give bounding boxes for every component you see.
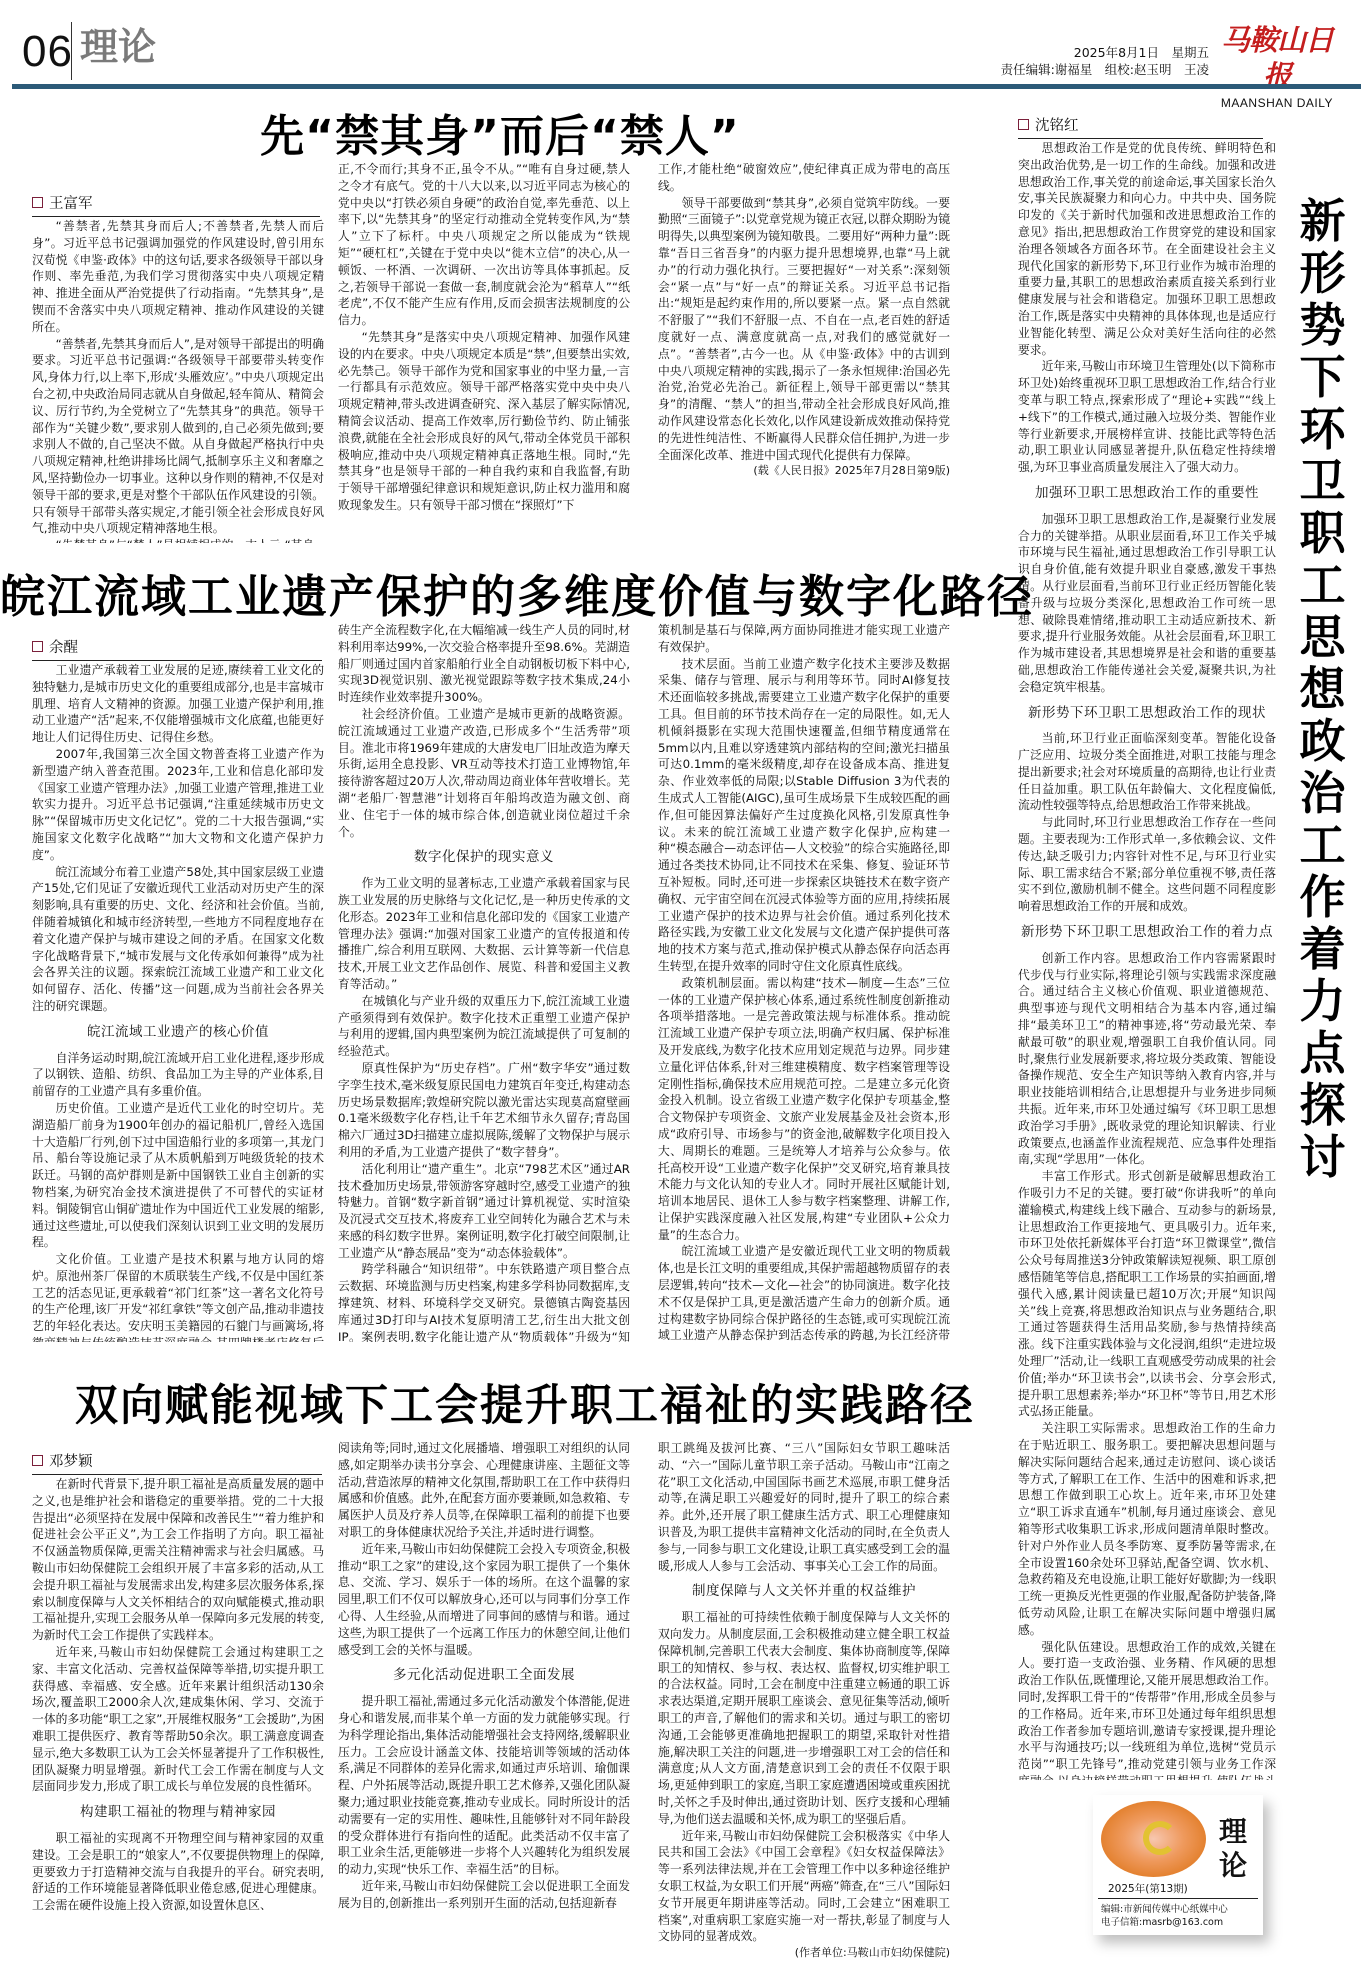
byline-box-icon — [1018, 119, 1029, 130]
subheading: 制度保障与人文关怀并重的权益维护 — [658, 1583, 950, 1600]
paragraph: 近年来,马鞍山市妇幼保健院工会通过构建职工之家、丰富文化活动、完善权益保障等举措… — [32, 1644, 324, 1795]
promo-issue: 2025年(第13期) — [1108, 1881, 1188, 1896]
paragraph: 跨学科融合“知识纽带”。中东铁路遗产项目整合点云数据、环境监测与历史档案,构建多… — [338, 1261, 630, 1342]
article1-column-3: 工作,才能杜绝“破窗效应”,使纪律真正成为带电的高压线。 领导干部要做到“禁其身… — [658, 161, 950, 543]
article3-column-2: 阅读角等;同时,通过文化展播墙、增强职工对组织的认同感,如定期举办读书分享会、心… — [338, 1440, 630, 1963]
article3-byline: 邓梦颖 — [32, 1450, 322, 1475]
paragraph: 历史价值。工业遗产是近代工业化的时空切片。芜湖造船厂前身为1900年创办的福记船… — [32, 1100, 324, 1251]
paragraph: 在城镇化与产业升级的双重压力下,皖江流域工业遗产亟须得到有效保护。数字化技术正重… — [338, 993, 630, 1060]
article1-column-2: 正,不令而行;其身不正,虽令不从。”“唯有自身过硬,禁人之令才有底气。党的十八大… — [338, 161, 630, 543]
article4-column: 思想政治工作是党的优良传统、鲜明特色和突出政治优势,是一切工作的生命线。加强和改… — [1018, 140, 1276, 1780]
paragraph: 近年来,马鞍山市妇幼保健院工会积极落实《中华人民共和国工会法》《中国工会章程》《… — [658, 1828, 950, 1946]
article1-source: (载《人民日报》2025年7月28日第9版) — [658, 463, 950, 480]
paragraph: 皖江流域分布着工业遗产58处,其中国家层级工业遗产15处,它们见证了安徽近现代工… — [32, 864, 324, 1015]
subheading: 加强环卫职工思想政治工作的重要性 — [1018, 485, 1276, 502]
paragraph: 领导干部要做到“禁其身”,必须自觉筑牢防线。一要勤照“三面镜子”:以党章党规为镜… — [658, 195, 950, 464]
editors-line: 责任编辑:谢福星 组校:赵玉明 王凌 — [1001, 61, 1209, 78]
paragraph: 皖江流域工业遗产是安徽近现代工业文明的物质载体,也是长江文明的重要组成,其保护需… — [658, 1243, 950, 1342]
author-name: 余醒 — [49, 636, 78, 657]
byline-box-icon — [32, 641, 43, 652]
article3-affiliation: (作者单位:马鞍山市妇幼保健院) — [658, 1945, 950, 1962]
paragraph: 提升职工福祉,需通过多元化活动激发个体潜能,促进身心和谐发展,而非某个单一方面的… — [338, 1693, 630, 1878]
article2-column-1: 工业遗产承载着工业发展的足迹,赓续着工业文化的独特魅力,是城市历史文化的重要组成… — [32, 662, 324, 1342]
article3-column-3: 职工跳绳及拔河比赛、“三八”国际妇女节职工趣味活动、“六一”国际儿童节职工亲子活… — [658, 1440, 950, 1963]
paragraph: 技术层面。当前工业遗产数字化技术主要涉及数据采集、储存与管理、展示与利用等环节。… — [658, 656, 950, 975]
subheading: 数字化保护的现实意义 — [338, 849, 630, 866]
masthead: 06 理论 2025年8月1日 星期五 责任编辑:谢福星 组校:赵玉明 王凌 马… — [0, 0, 1361, 84]
promo-title: 理论 — [1213, 1815, 1253, 1883]
masthead-divider — [71, 22, 72, 80]
paragraph: 砖生产全流程数字化,在大幅缩减一线生产人员的同时,材料利用率达99%,一次交验合… — [338, 622, 630, 706]
paragraph: “善禁者,先禁其身而后人;不善禁者,先禁人而后身”。习近平总书记强调加强党的作风… — [32, 218, 324, 336]
article2-column-3: 策机制是基石与保障,两方面协同推进才能实现工业遗产有效保护。 技术层面。当前工业… — [658, 622, 950, 1342]
paragraph: 强化队伍建设。思想政治工作的成效,关键在人。要打造一支政治强、业务精、作风硬的思… — [1018, 1639, 1276, 1780]
paragraph: 思想政治工作是党的优良传统、鲜明特色和突出政治优势,是一切工作的生命线。加强和改… — [1018, 140, 1276, 358]
article4-byline: 沈铭红 — [1018, 114, 1263, 139]
issue-meta: 2025年8月1日 星期五 责任编辑:谢福星 组校:赵玉明 王凌 — [1001, 44, 1209, 78]
paragraph: 2007年,我国第三次全国文物普查将工业遗产作为新型遗产纳入普查范围。2023年… — [32, 746, 324, 864]
paragraph: 当前,环卫行业正面临深刻变革。智能化设备广泛应用、垃圾分类全面推进,对职工技能与… — [1018, 730, 1276, 814]
party-emblem-icon — [1101, 1801, 1206, 1877]
subheading: 皖江流域工业遗产的核心价值 — [32, 1024, 324, 1041]
paragraph: 文化价值。工业遗产是技术积累与地方认同的熔炉。原池州茶厂保留的木质联装生产线,不… — [32, 1251, 324, 1342]
byline-box-icon — [32, 1455, 43, 1466]
subheading: 构建职工福祉的物理与精神家园 — [32, 1804, 324, 1821]
article3-title: 双向赋能视域下工会提升职工福祉的实践路径 — [50, 1372, 1000, 1433]
article2-column-2: 砖生产全流程数字化,在大幅缩减一线生产人员的同时,材料利用率达99%,一次交验合… — [338, 622, 630, 1342]
paragraph: 工作,才能杜绝“破窗效应”,使纪律真正成为带电的高压线。 — [658, 161, 950, 195]
hammer-sickle-icon — [1143, 1821, 1177, 1855]
article1-column-1: “善禁者,先禁其身而后人;不善禁者,先禁人而后身”。习近平总书记强调加强党的作风… — [32, 218, 324, 543]
article4-vertical-title: 新形势下环卫职工思想政治工作着力点探讨 — [1295, 195, 1350, 1183]
paragraph: 活化利用让“遗产重生”。北京“798艺术区”通过AR技术叠加历史场景,带领游客穿… — [338, 1161, 630, 1262]
paragraph: 策机制是基石与保障,两方面协同推进才能实现工业遗产有效保护。 — [658, 622, 950, 656]
paragraph: 创新工作内容。思想政治工作内容需紧跟时代步伐与行业实际,将理论引领与实践需求深度… — [1018, 950, 1276, 1168]
paragraph: 近年来,马鞍山市妇幼保健院工会投入专项资金,积极推动“职工之家”的建设,这个家园… — [338, 1541, 630, 1659]
paragraph: 与此同时,环卫行业思想政治工作存在一些问题。主要表现为:工作形式单一,多依赖会议… — [1018, 814, 1276, 915]
article2-title: 皖江流域工业遗产保护的多维度价值与数字化路径 — [0, 560, 1000, 625]
author-name: 沈铭红 — [1035, 114, 1079, 135]
section-promo-box: 理论 2025年(第13期) 编辑:市新闻传媒中心纸媒中心 电子信箱:masrb… — [1093, 1795, 1263, 1935]
paragraph: 原真性保护为“历史存档”。广州“数字华安”通过数字孪生技术,毫米级复原民国电力建… — [338, 1060, 630, 1161]
paragraph: 职工跳绳及拔河比赛、“三八”国际妇女节职工趣味活动、“六一”国际儿童节职工亲子活… — [658, 1440, 950, 1574]
paragraph: 近年来,马鞍山市妇幼保健院工会以促进职工全面发展为目的,创新推出一系列别开生面的… — [338, 1878, 630, 1912]
paragraph: 自洋务运动时期,皖江流域开启工业化进程,逐步形成了以钢铁、造船、纺织、食品加工为… — [32, 1050, 324, 1100]
date-line: 2025年8月1日 星期五 — [1001, 44, 1209, 61]
newspaper-logo: 马鞍山日报 MAANSHAN DAILY — [1213, 22, 1341, 110]
paragraph: 加强环卫职工思想政治工作,是凝聚行业发展合力的关键举措。从职业层面看,环卫工作关… — [1018, 511, 1276, 696]
paragraph: 作为工业文明的显著标志,工业遗产承载着国家与民族工业发展的历史脉络与文化记忆,是… — [338, 875, 630, 993]
brand-en: MAANSHAN DAILY — [1213, 96, 1341, 110]
author-name: 王富军 — [49, 192, 93, 213]
page-number: 06 — [22, 30, 73, 74]
article1-title: 先“禁其身”而后“禁人” — [0, 100, 1000, 164]
paragraph: 职工福祉的可持续性依赖于制度保障与人文关怀的双向发力。从制度层面,工会积极推动建… — [658, 1609, 950, 1827]
paragraph: 社会经济价值。工业遗产是城市更新的战略资源。皖江流域通过工业遗产改造,已形成多个… — [338, 706, 630, 840]
paragraph: 关注职工实际需求。思想政治工作的生命力在于贴近职工、服务职工。要把解决思想问题与… — [1018, 1420, 1276, 1638]
promo-editor: 编辑:市新闻传媒中心纸媒中心 电子信箱:masrb@163.com — [1101, 1903, 1228, 1929]
subheading: 多元化活动促进职工全面发展 — [338, 1667, 630, 1684]
article3-column-1: 在新时代背景下,提升职工福祉是高质量发展的题中之义,也是维护社会和谐稳定的重要举… — [32, 1476, 324, 1963]
paragraph: 丰富工作形式。形式创新是破解思想政治工作吸引力不足的关键。要打破“你讲我听”的单… — [1018, 1168, 1276, 1420]
subheading: 新形势下环卫职工思想政治工作的着力点 — [1018, 924, 1276, 941]
byline-box-icon — [32, 197, 43, 208]
paragraph: “先禁其身”是落实中央八项规定精神、加强作风建设的内在要求。中央八项规定本质是“… — [338, 329, 630, 514]
article1-byline: 王富军 — [32, 192, 320, 217]
author-name: 邓梦颖 — [49, 1450, 93, 1471]
paragraph: 阅读角等;同时,通过文化展播墙、增强职工对组织的认同感,如定期举办读书分享会、心… — [338, 1440, 630, 1541]
paragraph: 正,不令而行;其身不正,虽令不从。”“唯有自身过硬,禁人之令才有底气。党的十八大… — [338, 161, 630, 329]
promo-divider — [1098, 1898, 1258, 1899]
paragraph: 政策机制层面。需以构建“技术—制度—生态”三位一体的工业遗产保护核心体系,通过系… — [658, 975, 950, 1244]
section-name: 理论 — [80, 28, 156, 66]
paragraph: “先禁其身”与“禁人”是相辅相成的。古人云:“其身 — [32, 537, 324, 543]
paragraph: 在新时代背景下,提升职工福祉是高质量发展的题中之义,也是维护社会和谐稳定的重要举… — [32, 1476, 324, 1644]
editor-line: 编辑:市新闻传媒中心纸媒中心 — [1101, 1903, 1228, 1916]
subheading: 新形势下环卫职工思想政治工作的现状 — [1018, 705, 1276, 722]
article2-byline: 余醒 — [32, 636, 322, 661]
paragraph: “善禁者,先禁其身而后人”,是对领导干部提出的明确要求。习近平总书记强调:“各级… — [32, 336, 324, 538]
top-rule — [12, 84, 1361, 89]
paragraph: 近年来,马鞍山市环境卫生管理处(以下简称市环卫处)始终重视环卫职工思想政治工作,… — [1018, 358, 1276, 476]
paragraph: 工业遗产承载着工业发展的足迹,赓续着工业文化的独特魅力,是城市历史文化的重要组成… — [32, 662, 324, 746]
email-line: 电子信箱:masrb@163.com — [1101, 1916, 1228, 1929]
paragraph: 职工福祉的实现离不开物理空间与精神家园的双重建设。工会是职工的“娘家人”,不仅要… — [32, 1830, 324, 1914]
